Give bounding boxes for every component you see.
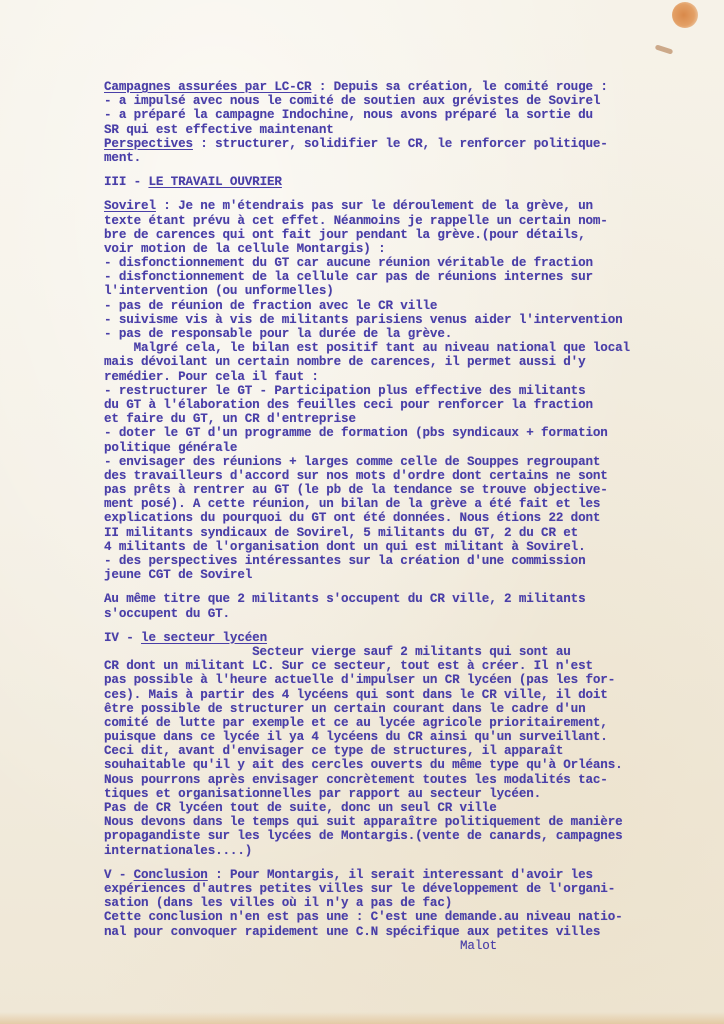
text-line: mais dévoilant un certain nombre de care… xyxy=(104,355,714,369)
section-heading: le secteur lycéen xyxy=(141,631,267,645)
text-line: Au même titre que 2 militants s'occupent… xyxy=(104,592,714,606)
text-line: - a préparé la campagne Indochine, nous … xyxy=(104,108,714,122)
text-line: - disfonctionnement de la cellule car pa… xyxy=(104,270,714,284)
text-line: - restructurer le GT - Participation plu… xyxy=(104,384,714,398)
text-line: II militants syndicaux de Sovirel, 5 mil… xyxy=(104,526,714,540)
text-line: - pas de responsable pour la durée de la… xyxy=(104,327,714,341)
text-line: Secteur vierge sauf 2 militants qui sont… xyxy=(104,645,714,659)
paragraph-gap xyxy=(104,621,714,631)
text-line: tiques et organisationnelles par rapport… xyxy=(104,787,714,801)
paper-stained-edge xyxy=(0,1012,724,1024)
text-line: souhaitable qu'il y ait des cercles ouve… xyxy=(104,758,714,772)
text-line: CR dont un militant LC. Sur ce secteur, … xyxy=(104,659,714,673)
text-line: voir motion de la cellule Montargis) : xyxy=(104,242,714,256)
text-line: Nous pourrons après envisager concrèteme… xyxy=(104,773,714,787)
section-number: V - xyxy=(104,868,134,882)
text-line: s'occupent du GT. xyxy=(104,607,714,621)
text-line: : Pour Montargis, il serait interessant … xyxy=(208,868,593,882)
paragraph-gap xyxy=(104,189,714,199)
text-line: Malgré cela, le bilan est positif tant a… xyxy=(104,341,714,355)
typewritten-document: Campagnes assurées par LC-CR : Depuis sa… xyxy=(104,80,714,953)
section-heading: Campagnes assurées par LC-CR xyxy=(104,80,311,94)
text-line: - doter le GT d'un programme de formatio… xyxy=(104,426,714,440)
text-line: l'intervention (ou unformelles) xyxy=(104,284,714,298)
text-line: - a impulsé avec nous le comité de souti… xyxy=(104,94,714,108)
rust-stain xyxy=(672,2,698,28)
section-heading: Sovirel xyxy=(104,199,156,213)
text-line: être possible de structurer un certain c… xyxy=(104,702,714,716)
text-line: comité de lutte par exemple et ce au lyc… xyxy=(104,716,714,730)
section-heading: LE TRAVAIL OUVRIER xyxy=(148,175,281,189)
text-line: du GT à l'élaboration des feuilles ceci … xyxy=(104,398,714,412)
text-line: - des perspectives intéressantes sur la … xyxy=(104,554,714,568)
text-line: puisque dans ce lycée il ya 4 lycéens du… xyxy=(104,730,714,744)
text-line: : Depuis sa création, le comité rouge : xyxy=(311,80,607,94)
text-line: sation (dans les villes où il n'y a pas … xyxy=(104,896,714,910)
text-line: ces). Mais à partir des 4 lycéens qui so… xyxy=(104,688,714,702)
text-line: internationales....) xyxy=(104,844,714,858)
text-line: - suivisme vis à vis de militants parisi… xyxy=(104,313,714,327)
section-heading: Perspectives xyxy=(104,137,193,151)
text-line: jeune CGT de Sovirel xyxy=(104,568,714,582)
text-line: pas possible à l'heure actuelle d'impuls… xyxy=(104,673,714,687)
section-heading-line-travail-ouvrier: III - LE TRAVAIL OUVRIER xyxy=(104,175,714,189)
text-line: : structurer, solidifier le CR, le renfo… xyxy=(193,137,608,151)
text-line: Nous devons dans le temps qui suit appar… xyxy=(104,815,714,829)
section-heading: Conclusion xyxy=(134,868,208,882)
signature: Malot xyxy=(104,939,714,953)
paragraph-gap xyxy=(104,858,714,868)
text-line: ment posé). A cette réunion, un bilan de… xyxy=(104,497,714,511)
text-line: - envisager des réunions + larges comme … xyxy=(104,455,714,469)
text-line: Pas de CR lycéen tout de suite, donc un … xyxy=(104,801,714,815)
text-line: pas prêts à rentrer au GT (le pb de la t… xyxy=(104,483,714,497)
text-line: propagandiste sur les lycées de Montargi… xyxy=(104,829,714,843)
section-number: III - xyxy=(104,175,148,189)
text-line: Cette conclusion n'en est pas une : C'es… xyxy=(104,910,714,924)
text-line: 4 militants de l'organisation dont un qu… xyxy=(104,540,714,554)
section-heading-line-perspectives: Perspectives : structurer, solidifier le… xyxy=(104,137,714,151)
section-heading-line-conclusion: V - Conclusion : Pour Montargis, il sera… xyxy=(104,868,714,882)
text-line: et faire du GT, un CR d'entreprise xyxy=(104,412,714,426)
section-heading-line-sovirel: Sovirel : Je ne m'étendrais pas sur le d… xyxy=(104,199,714,213)
text-line: Ceci dit, avant d'envisager ce type de s… xyxy=(104,744,714,758)
text-line: remédier. Pour cela il faut : xyxy=(104,370,714,384)
paragraph-gap xyxy=(104,165,714,175)
text-line: - pas de réunion de fraction avec le CR … xyxy=(104,299,714,313)
section-heading-line-campagnes: Campagnes assurées par LC-CR : Depuis sa… xyxy=(104,80,714,94)
paragraph-gap xyxy=(104,582,714,592)
text-line: nal pour convoquer rapidement une C.N sp… xyxy=(104,925,714,939)
text-line: texte étant prévu à cet effet. Néanmoins… xyxy=(104,214,714,228)
text-line: ment. xyxy=(104,151,714,165)
section-number: IV - xyxy=(104,631,141,645)
text-line: : Je ne m'étendrais pas sur le dérouleme… xyxy=(156,199,593,213)
text-line: SR qui est effective maintenant xyxy=(104,123,714,137)
text-line: explications du pourquoi du GT ont été d… xyxy=(104,511,714,525)
text-line: bre de carences qui ont fait jour pendan… xyxy=(104,228,714,242)
text-line: - disfonctionnement du GT car aucune réu… xyxy=(104,256,714,270)
text-line: politique générale xyxy=(104,441,714,455)
text-line: expériences d'autres petites villes sur … xyxy=(104,882,714,896)
text-line: des travailleurs d'accord sur nos mots d… xyxy=(104,469,714,483)
section-heading-line-secteur-lyceen: IV - le secteur lycéen xyxy=(104,631,714,645)
